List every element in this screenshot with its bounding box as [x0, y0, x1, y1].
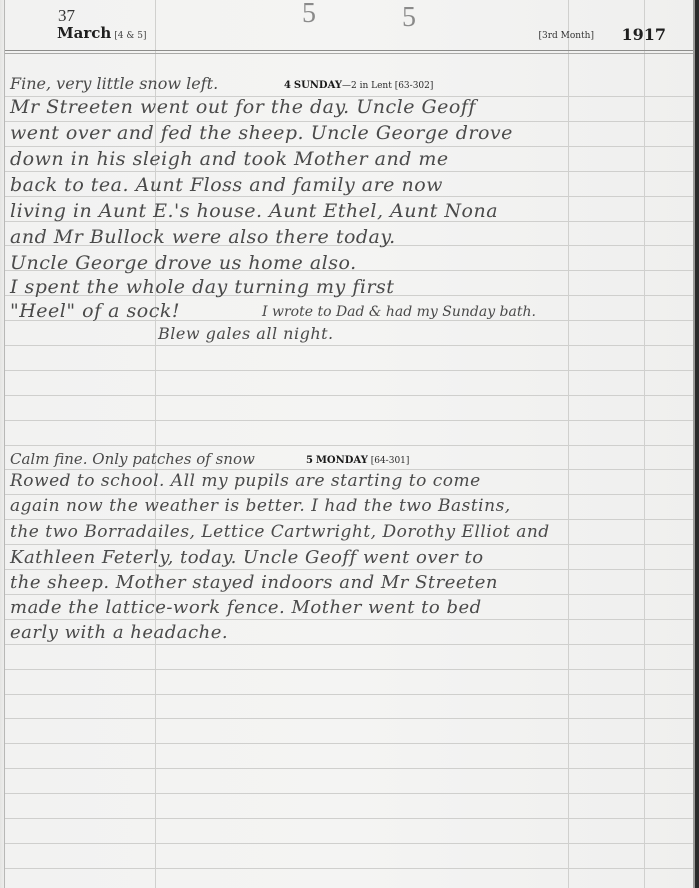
ruled-line — [5, 843, 693, 844]
day-name: SUNDAY — [294, 80, 342, 91]
entry-line: down in his sleigh and took Mother and m… — [10, 148, 449, 170]
ruled-line — [5, 171, 693, 172]
year: 1917 — [621, 25, 666, 44]
ruled-line — [5, 420, 693, 421]
ruled-line — [5, 669, 693, 670]
day-heading: 5 MONDAY [64-301] — [306, 455, 409, 466]
entry-line: went over and fed the sheep. Uncle Georg… — [10, 122, 513, 144]
page-left-edge — [4, 0, 5, 888]
ruled-line — [5, 644, 693, 645]
day-name: MONDAY — [316, 455, 368, 466]
ruled-line — [5, 519, 693, 520]
entry-line: "Heel" of a sock! — [10, 300, 180, 322]
ruled-line — [5, 370, 693, 371]
entry-line: Uncle George drove us home also. — [10, 252, 357, 274]
day-note: —2 in Lent [63-302] — [342, 81, 433, 91]
ruled-line — [5, 868, 693, 869]
entry-line: and Mr Bullock were also there today. — [10, 226, 396, 248]
ruled-line — [5, 494, 693, 495]
entry-line: Blew gales all night. — [158, 324, 334, 343]
pencil-mark: 5 — [302, 0, 316, 30]
diary-page: 37 March[4 & 5] [3rd Month] 1917 5 5 Fin… — [0, 0, 699, 888]
header-rule — [5, 53, 693, 54]
entry-line: again now the weather is better. I had t… — [10, 496, 511, 516]
entry-line: early with a headache. — [10, 622, 228, 643]
pencil-mark: 5 — [402, 2, 416, 34]
day-number: 5 — [306, 455, 313, 466]
ruled-line — [5, 196, 693, 197]
ruled-line — [5, 569, 693, 570]
day-heading: 4 SUNDAY—2 in Lent [63-302] — [284, 80, 433, 91]
ruled-line — [5, 768, 693, 769]
entry-line: made the lattice-work fence. Mother went… — [10, 597, 482, 618]
ruled-line — [5, 544, 693, 545]
month-days: [4 & 5] — [114, 31, 146, 41]
entry-line: living in Aunt E.'s house. Aunt Ethel, A… — [10, 200, 498, 222]
day-note: [64-301] — [371, 456, 410, 466]
entry-line: Kathleen Feterly, today. Uncle Geoff wen… — [10, 547, 484, 568]
month-name: March — [57, 24, 111, 42]
ruled-line — [5, 793, 693, 794]
month-ordinal: [3rd Month] — [538, 31, 594, 41]
ruled-line — [5, 743, 693, 744]
entry-line: I spent the whole day turning my first — [10, 276, 394, 298]
column-rule — [568, 0, 569, 888]
entry-line: Mr Streeten went out for the day. Uncle … — [10, 96, 476, 118]
weather-note: Fine, very little snow left. — [10, 74, 218, 93]
day-number: 4 — [284, 80, 291, 91]
ruled-line — [5, 594, 693, 595]
ruled-line — [5, 818, 693, 819]
ruled-line — [5, 694, 693, 695]
header-rule — [5, 50, 693, 51]
entry-line: back to tea. Aunt Floss and family are n… — [10, 174, 443, 196]
month-title: March[4 & 5] — [57, 24, 146, 42]
ruled-line — [5, 619, 693, 620]
weather-note: Calm fine. Only patches of snow — [10, 450, 255, 468]
column-rule — [644, 0, 645, 888]
ruled-line — [5, 345, 693, 346]
entry-line: the sheep. Mother stayed indoors and Mr … — [10, 572, 498, 593]
ruled-line — [5, 395, 693, 396]
page-right-edge — [695, 0, 699, 888]
entry-line: the two Borradailes, Lettice Cartwright,… — [10, 522, 550, 542]
entry-line: I wrote to Dad & had my Sunday bath. — [262, 304, 536, 320]
ruled-line — [5, 445, 693, 446]
page-number: 37 — [58, 6, 75, 26]
ruled-line — [5, 146, 693, 147]
ruled-line — [5, 718, 693, 719]
ruled-line — [5, 469, 693, 470]
entry-line: Rowed to school. All my pupils are start… — [10, 471, 481, 491]
